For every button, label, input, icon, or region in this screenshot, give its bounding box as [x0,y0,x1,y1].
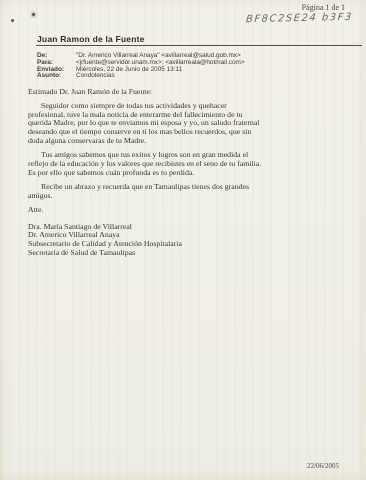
scan-speckle [11,19,14,22]
email-header-block: De: "Dr. Americo Villarreal Anaya" <avil… [37,53,245,80]
header-value-asunto: Condolencias [76,73,115,80]
paragraph-values: Tus amigos sabemos que tus exitos y logr… [28,151,264,177]
scan-speckle [32,13,35,16]
scanned-letter-page: Página 1 de 1 BF8C2SE24 b3F3 Juan Ramon … [0,0,366,480]
email-header-row: Enviado: Miércoles, 22 de Junio de 2005 … [37,67,245,74]
recipient-name-title: Juan Ramon de la Fuente [37,34,145,44]
paragraph-condolence: Seguidor como siempre de todas tus activ… [28,102,264,146]
letter-body: Estimado Dr. Juan Ramón de la Fuente: Se… [28,88,264,258]
greeting: Estimado Dr. Juan Ramón de la Fuente: [28,88,264,97]
signature-block: Dra. María Santiago de Villarreal Dr. Am… [28,223,264,259]
footer-date: 22/06/2005 [307,462,339,470]
page-indicator: Página 1 de 1 [302,3,345,12]
title-divider [36,45,362,46]
signature-line: Secretaría de Salud de Tamaulipas [28,249,264,258]
paragraph-farewell: Recibe un abrazo y recuerda que en Tamau… [28,183,264,201]
header-label-asunto: Asunto: [37,73,76,80]
handwritten-code: BF8C2SE24 b3F3 [246,12,354,25]
email-header-row: Asunto: Condolencias [37,73,245,80]
closing: Atte. [28,206,264,215]
